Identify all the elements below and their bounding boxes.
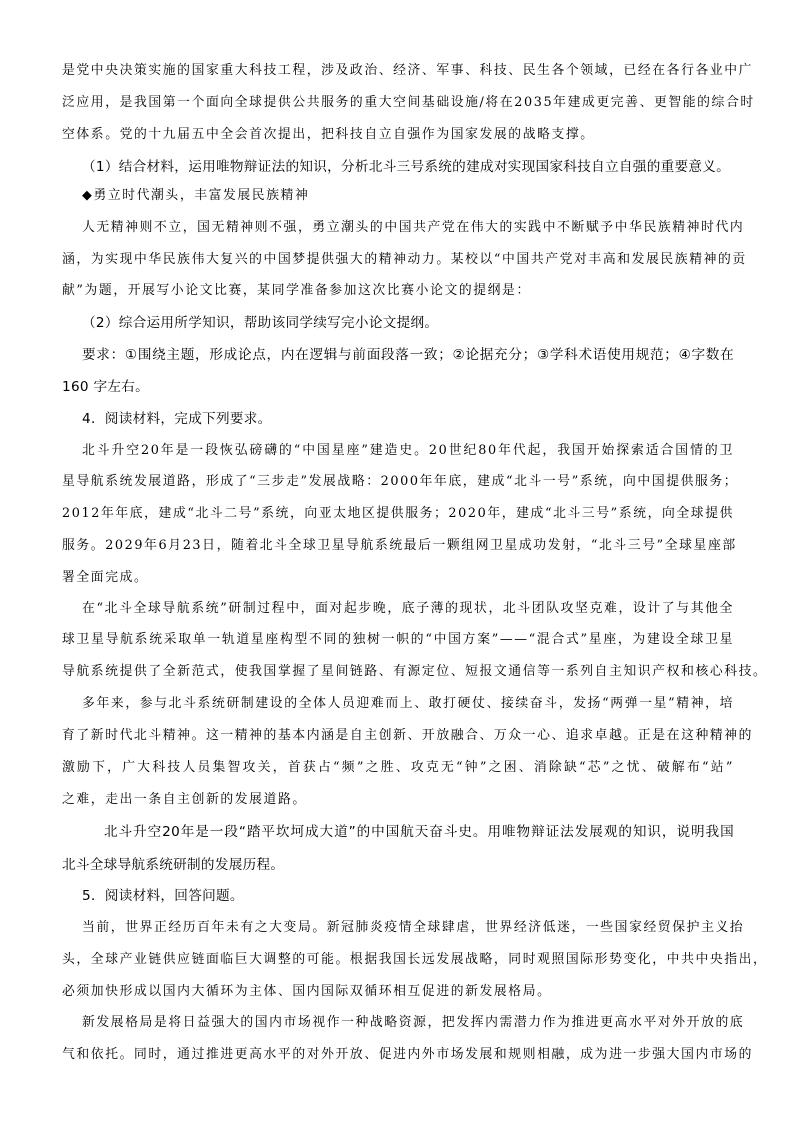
requirements-line: 要求：①围绕主题，形成论点，内在逻辑与前面段落一致；②论据充分；③学科术语使用规… — [82, 344, 734, 366]
paragraph-line: 泛应用，是我国第一个面向全球提供公共服务的重大空间基础设施/将在2035年建成更… — [62, 92, 734, 114]
paragraph-line: 2012年年底，建成“北斗二号”系统，向亚太地区提供服务；2020年，建成“北斗… — [62, 503, 734, 525]
question-1: （1）结合材料，运用唯物辩证法的知识，分析北斗三号系统的建成对实现国家科技自立自… — [82, 156, 734, 178]
question-2: （2）综合运用所学知识，帮助该同学续写完小论文提纲。 — [82, 312, 734, 334]
paragraph-line: 多年来，参与北斗系统研制建设的全体人员迎难而上、敢打硬仗、接续奋斗，发扬“两弹一… — [82, 693, 734, 715]
paragraph-line: 服务。2029年6月23日，随着北斗全球卫星导航系统最后一颗组网卫星成功发射，“… — [62, 535, 734, 557]
paragraph-line: 人无精神则不立，国无精神则不强，勇立潮头的中国共产党在伟大的实践中不断赋予中华民… — [82, 217, 734, 239]
paragraph-line: 新发展格局是将日益强大的国内市场视作一种战略资源，把发挥内需潜力作为推进更高水平… — [82, 1012, 734, 1034]
paragraph-line: 之难，走出一条自主创新的发展道路。 — [62, 789, 734, 811]
paragraph-line: 导航系统提供了全新范式，使我国掌握了星间链路、有源定位、短报文通信等一系列自主知… — [62, 661, 734, 683]
question-4-prompt: 北斗全球导航系统研制的发展历程。 — [62, 854, 734, 876]
paragraph-line: 球卫星导航系统采取单一轨道星座构型不同的独树一帜的“中国方案”——“混合式”星座… — [62, 629, 734, 651]
paragraph-line: 涵，为实现中华民族伟大复兴的中国梦提供强大的精神动力。某校以“中国共产党对丰高和… — [62, 249, 734, 271]
paragraph-line: 育了新时代北斗精神。这一精神的基本内涵是自主创新、开放融合、万众一心、追求卓越。… — [62, 725, 734, 747]
document-page: 是党中央决策实施的国家重大科技工程，涉及政治、经济、军事、科技、民生各个领域，已… — [0, 0, 794, 1123]
question-heading-4: 4．阅读材料，完成下列要求。 — [82, 408, 734, 430]
paragraph-line: 空体系。党的十九届五中全会首次提出，把科技自立自强作为国家发展的战略支撑。 — [62, 124, 734, 146]
paragraph-line: 署全面完成。 — [62, 567, 734, 589]
question-4-prompt: 北斗升空20年是一段“踏平坎坷成大道”的中国航天奋斗史。用唯物辩证法发展观的知识… — [104, 821, 734, 843]
paragraph-line: 献”为题，开展写小论文比赛，某同学准备参加这次比赛小论文的提纲是： — [62, 280, 734, 302]
paragraph-line: 北斗升空20年是一段恢弘磅礴的“中国星座”建造史。20世纪80年代起，我国开始探… — [82, 440, 734, 462]
paragraph-line: 气和依托。同时，通过推进更高水平的对外开放、促进内外市场发展和规则相融，成为进一… — [62, 1044, 734, 1066]
paragraph-line: 头，全球产业链供应链面临巨大调整的可能。根据我国长远发展战略，同时观照国际形势变… — [62, 949, 734, 971]
paragraph-line: 当前，世界正经历百年未有之大变局。新冠肺炎疫情全球肆虐，世界经济低迷，一些国家经… — [82, 917, 734, 939]
paragraph-line: 是党中央决策实施的国家重大科技工程，涉及政治、经济、军事、科技、民生各个领域，已… — [62, 60, 734, 82]
requirements-line: 160 字左右。 — [62, 376, 734, 398]
question-heading-5: 5．阅读材料，回答问题。 — [82, 885, 734, 907]
paragraph-line: 必须加快形成以国内大循环为主体、国内国际双循环相互促进的新发展格局。 — [62, 981, 734, 1003]
paragraph-line: 星导航系统发展道路，形成了“三步走”发展战略：2000年年底，建成“北斗一号”系… — [62, 471, 734, 493]
paragraph-line: 激励下，广大科技人员集智攻关，首获占“频”之胜、攻克无“钟”之困、消除缺“芯”之… — [62, 757, 734, 779]
section-heading: ◆勇立时代潮头，丰富发展民族精神 — [82, 185, 734, 207]
paragraph-line: 在“北斗全球导航系统”研制过程中，面对起步晚，底子薄的现状，北斗团队攻坚克难，设… — [82, 598, 734, 620]
